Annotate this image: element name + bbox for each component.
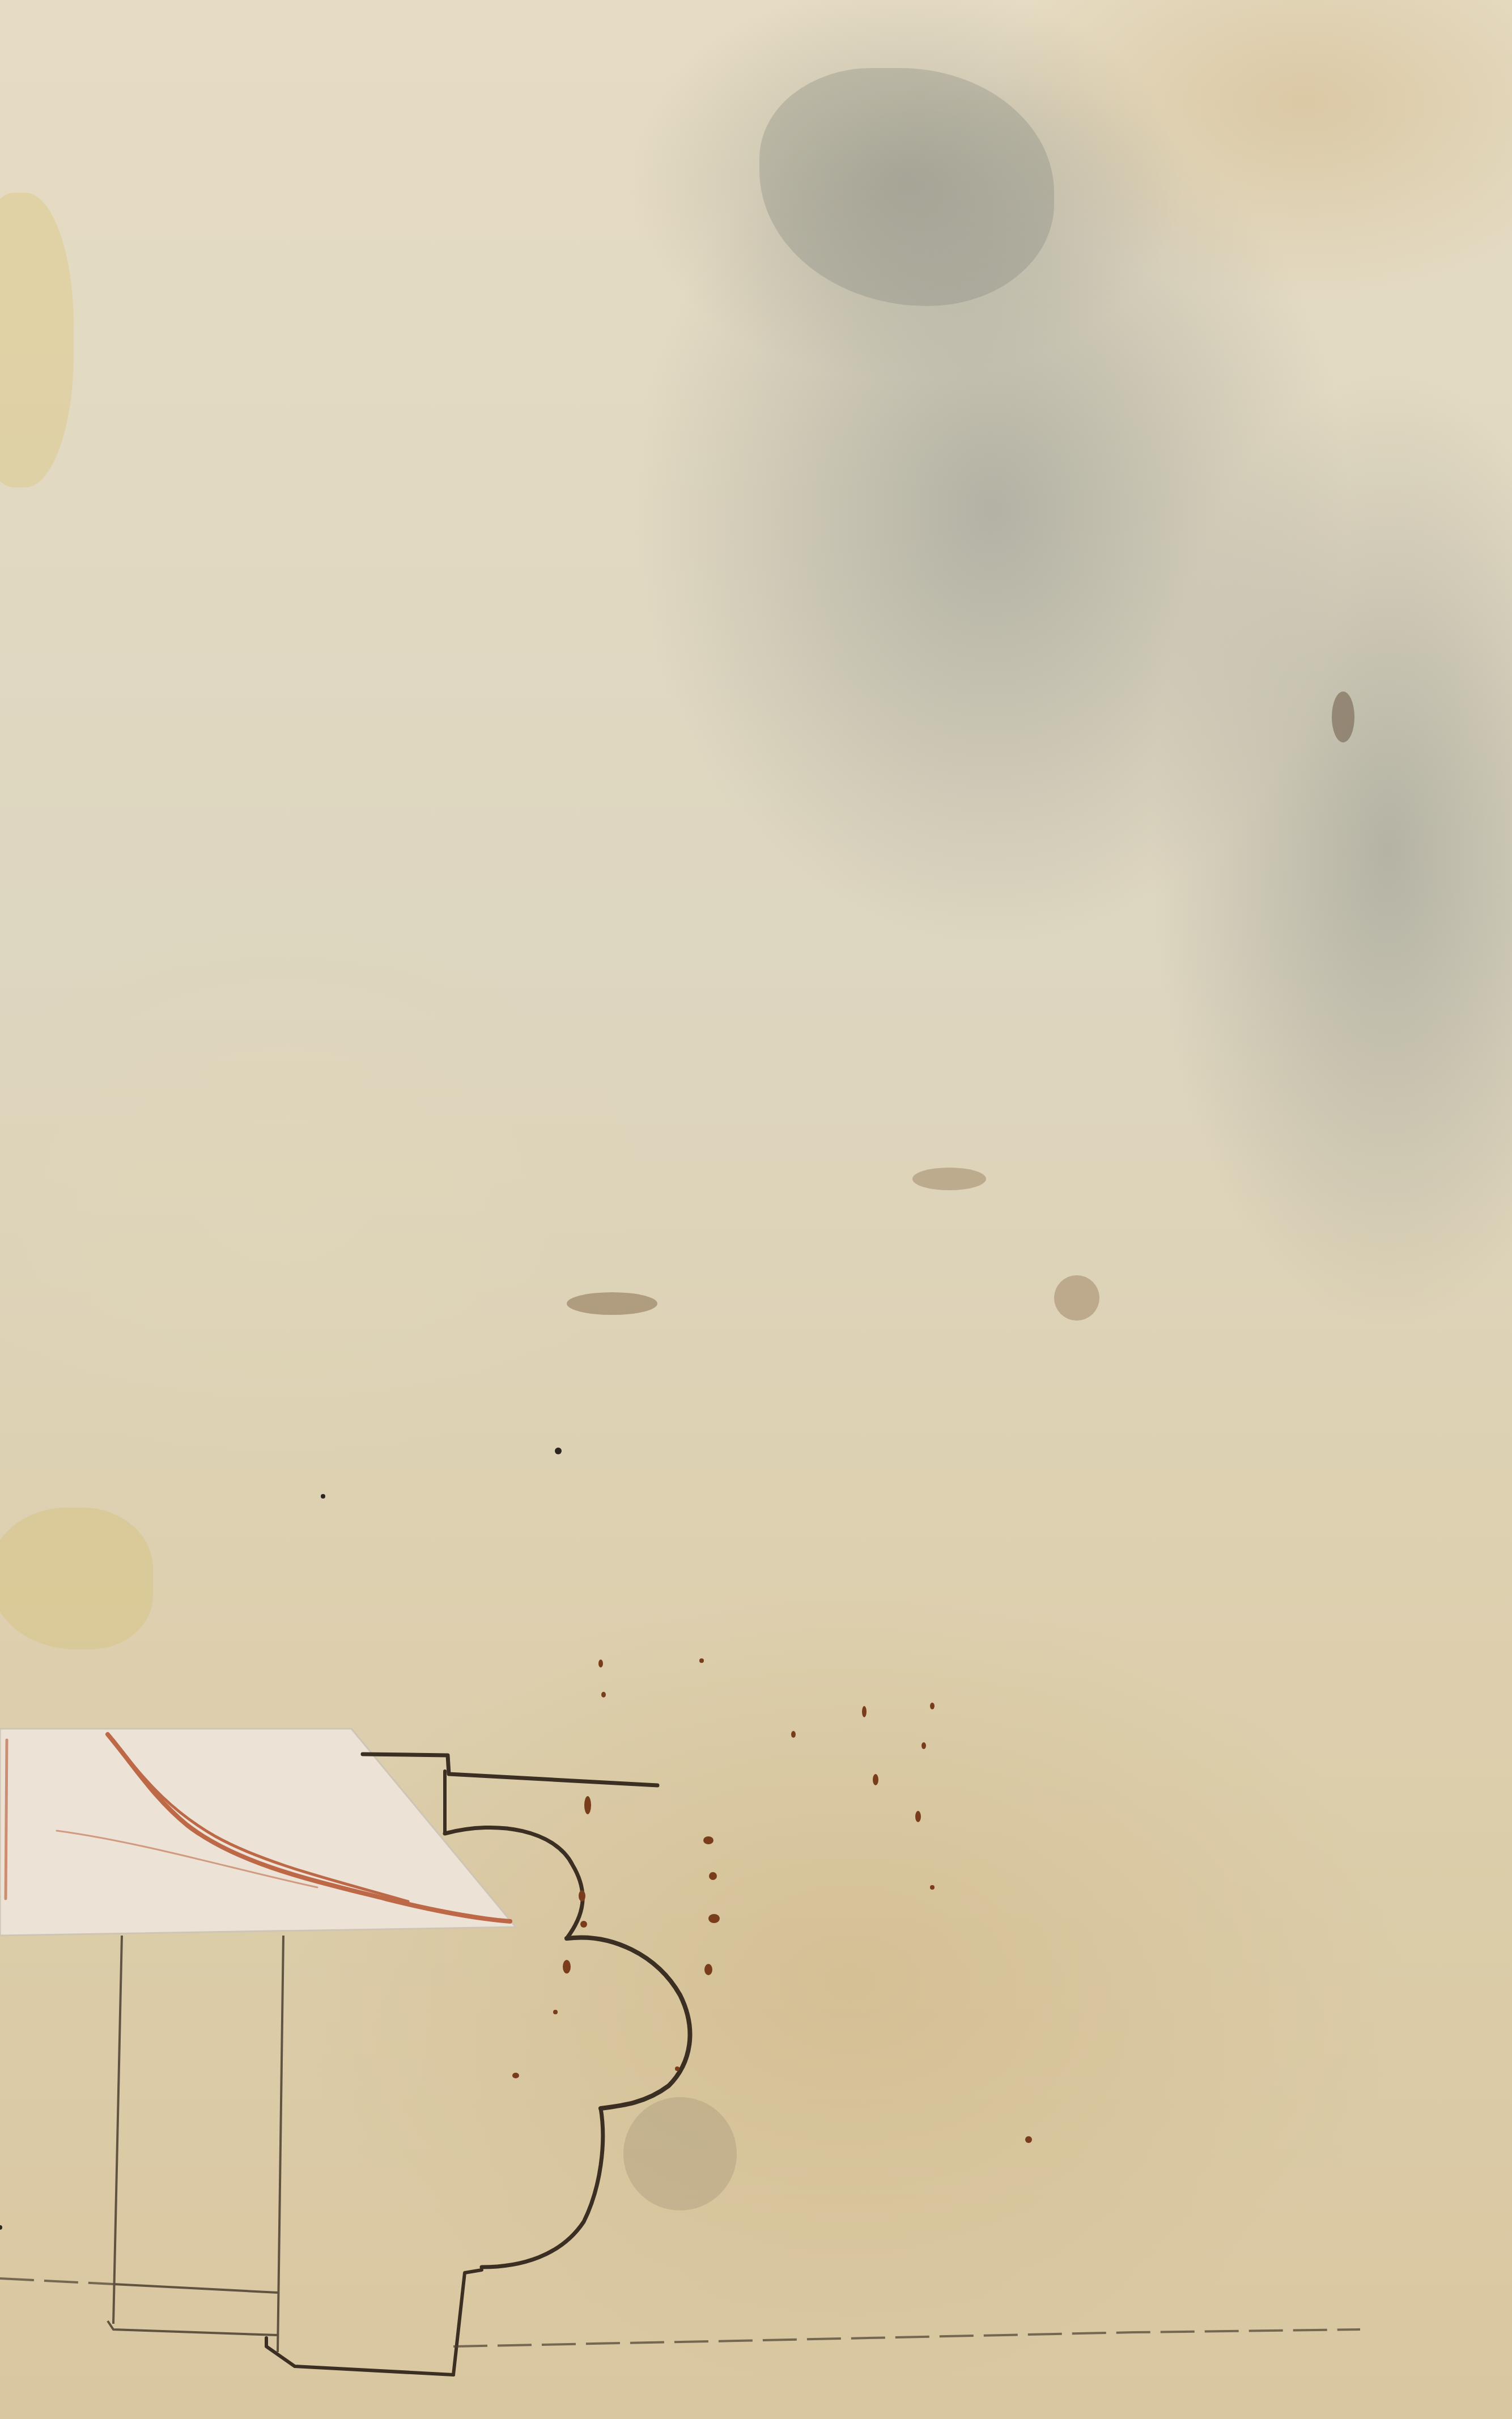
foxing-spots: [512, 1658, 1032, 2143]
ink-drawing: [0, 0, 1512, 2419]
pasted-fragment: [0, 1729, 516, 1936]
aged-paper-sheet: [0, 0, 1512, 2419]
vertical-guide-lines: [108, 1936, 283, 2352]
